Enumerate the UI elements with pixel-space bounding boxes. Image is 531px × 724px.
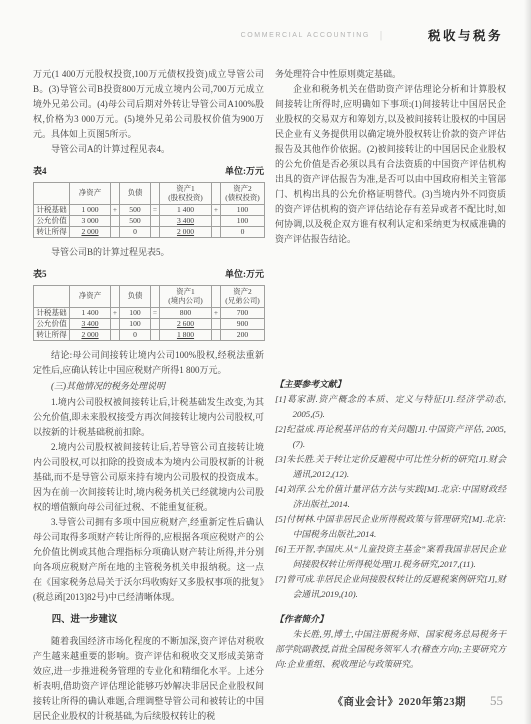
reference-item: [2]纪益成.再论税基评估的有关问题[J].中国资产评估, 2005,(7). bbox=[275, 422, 506, 452]
reference-item: [7]曾可成.非居民企业间接股权转让的反避税案例研究[J],财会通讯,2019,… bbox=[275, 572, 506, 602]
cell-row-label: 计税基础 bbox=[34, 308, 70, 319]
cell-row-label: 转让所得 bbox=[34, 330, 70, 341]
table5-label: 表5 bbox=[33, 267, 47, 282]
cell-header-debt: 负债 bbox=[120, 286, 151, 308]
table5-row-transfer-income: 转让所得 2 000 0 1 800 200 bbox=[34, 330, 265, 341]
paragraph-suggestion: 随着我国经济市场化程度的不断加深,资产评估对税收产生越来越重要的影响。资产评估和… bbox=[33, 634, 264, 724]
cell-operator bbox=[111, 227, 120, 238]
cell-header-debt: 负债 bbox=[120, 183, 151, 205]
table5-header-row: 净资产 负债 资产1(境内公司) 资产2(兄弟公司) bbox=[34, 286, 265, 308]
cell-value: 3 000 bbox=[70, 216, 111, 227]
reference-item: [4]刘萍.公允价值计量评估方法与实践[M].北京:中国财政经济出版社,2014… bbox=[275, 482, 506, 512]
cell-value: 2 000 bbox=[160, 227, 212, 238]
table4-header-row: 净资产 负债 资产1(股权投资) 资产2(债权投资) bbox=[34, 183, 265, 205]
cell-operator bbox=[212, 319, 221, 330]
cell-header-net: 净资产 bbox=[70, 286, 111, 308]
paragraph-item1: 1.境内公司股权被间接转让后,计税基础发生改变,为其公允价值,即未来股权接受方再… bbox=[33, 395, 264, 440]
cell-operator bbox=[212, 330, 221, 341]
paragraph-table5-intro: 导管公司B的计算过程见表5。 bbox=[33, 245, 264, 260]
left-column: 万元(1 400万元股权投资,100万元债权投资)成立导管公司B。(3)导管公司… bbox=[33, 67, 264, 724]
reference-item: [3]朱长胜.关于转让定价反避税中可比性分析的研究[J].财会通讯,2012,(… bbox=[275, 452, 506, 482]
paragraph-conclusion: 结论:母公司间接转让境内公司100%股权,经税法重新定性后,应确认转让中国应税财… bbox=[33, 348, 264, 378]
cell-operator bbox=[151, 330, 160, 341]
cell-value: 800 bbox=[160, 308, 212, 319]
cell-blank bbox=[151, 183, 160, 205]
cell-value: 0 bbox=[120, 227, 151, 238]
asset1-line2: (股权投资) bbox=[161, 194, 210, 203]
page-footer: 《商业会计》2020年第23期 55 bbox=[333, 693, 504, 709]
cell-header-asset2: 资产2(债权投资) bbox=[221, 183, 265, 205]
cell-operator bbox=[212, 216, 221, 227]
table4-row-tax-basis: 计税基础 1 000 + 500 = 1 400 + 100 bbox=[34, 205, 265, 216]
table4-unit: 单位:万元 bbox=[225, 164, 264, 179]
cell-operator bbox=[111, 216, 120, 227]
paragraph-item2: 2.境内公司股权被间接转让后,若导管公司直接转让境内公司股权,可以扣除的投资成本… bbox=[33, 440, 264, 515]
asset2-line2: (兄弟公司) bbox=[222, 297, 263, 306]
cell-value: 100 bbox=[120, 319, 151, 330]
paragraph-continuation: 务处理符合中性原则奠定基础。 bbox=[275, 67, 506, 82]
journal-page: COMMERCIAL ACCOUNTING | 税收与税务 万元(1 400万元… bbox=[0, 0, 531, 724]
cell-value: 100 bbox=[221, 216, 265, 227]
paragraph-item3: 3.导管公司拥有多项中国应税财产,经重新定性后确认母公司取得多项财产转让所得的,… bbox=[33, 515, 264, 605]
cell-value: 100 bbox=[120, 308, 151, 319]
author-bio-text: 朱长胜,男,博士,中国注册税务师、国家税务总局税务干部学院副教授,首批全国税务领… bbox=[275, 627, 506, 672]
cell-value: 3 400 bbox=[160, 216, 212, 227]
cell-blank bbox=[212, 183, 221, 205]
section-heading-four: 四、进一步建议 bbox=[33, 613, 264, 628]
table5-row-fair-value: 公允价值 3 400 100 2 600 900 bbox=[34, 319, 265, 330]
cell-operator: + bbox=[111, 308, 120, 319]
cell-value: 900 bbox=[221, 319, 265, 330]
table4-caption: 表4 单位:万元 bbox=[33, 164, 264, 179]
table4: 净资产 负债 资产1(股权投资) 资产2(债权投资) 计税基础 1 000 + … bbox=[33, 182, 265, 238]
paragraph-clarifications: 企业和税务机关在借助资产评估理论分析和计算股权间接转让所得时,应明确如下事项:(… bbox=[275, 82, 506, 247]
cell-row-label: 计税基础 bbox=[34, 205, 70, 216]
section-title: 税收与税务 bbox=[428, 26, 503, 44]
reference-item: [5]付树林.中国非居民企业所得税政策与管理研究[M].北京:中国税务出版社,2… bbox=[275, 512, 506, 542]
cell-header-net: 净资产 bbox=[70, 183, 111, 205]
cell-value: 1 000 bbox=[70, 205, 111, 216]
cell-operator: = bbox=[151, 205, 160, 216]
cell-operator bbox=[151, 227, 160, 238]
asset2-line2: (债权投资) bbox=[222, 194, 263, 203]
table5: 净资产 负债 资产1(境内公司) 资产2(兄弟公司) 计税基础 1 400 + … bbox=[33, 285, 265, 341]
cell-header-asset1: 资产1(股权投资) bbox=[160, 183, 212, 205]
cell-row-label: 公允价值 bbox=[34, 216, 70, 227]
cell-operator bbox=[111, 319, 120, 330]
cell-operator: + bbox=[212, 205, 221, 216]
cell-blank bbox=[151, 286, 160, 308]
cell-value: 2 600 bbox=[160, 319, 212, 330]
header-divider: | bbox=[380, 30, 382, 41]
page-number: 55 bbox=[490, 693, 503, 709]
cell-blank bbox=[34, 286, 70, 308]
table5-row-tax-basis: 计税基础 1 400 + 100 = 800 + 700 bbox=[34, 308, 265, 319]
cell-value: 0 bbox=[221, 227, 265, 238]
author-bio-section: 【作者简介】 朱长胜,男,博士,中国注册税务师、国家税务总局税务干部学院副教授,… bbox=[275, 612, 506, 672]
table5-unit: 单位:万元 bbox=[225, 267, 264, 282]
table4-row-transfer-income: 转让所得 2 000 0 2 000 0 bbox=[34, 227, 265, 238]
cell-operator: + bbox=[212, 308, 221, 319]
cell-blank bbox=[34, 183, 70, 205]
cell-value: 200 bbox=[221, 330, 265, 341]
cell-value: 500 bbox=[120, 205, 151, 216]
cell-value: 2 000 bbox=[70, 330, 111, 341]
cell-operator bbox=[111, 330, 120, 341]
cell-value: 700 bbox=[221, 308, 265, 319]
cell-blank bbox=[111, 286, 120, 308]
cell-value: 1 400 bbox=[160, 205, 212, 216]
cell-row-label: 转让所得 bbox=[34, 227, 70, 238]
cell-header-asset1: 资产1(境内公司) bbox=[160, 286, 212, 308]
cell-blank bbox=[111, 183, 120, 205]
cell-blank bbox=[212, 286, 221, 308]
reference-item: [6]王开智,李国庆.从“儿童投资主基金”案看我国非居民企业间接股权转让所得税处… bbox=[275, 542, 506, 572]
cell-value: 1 800 bbox=[160, 330, 212, 341]
cell-value: 500 bbox=[120, 216, 151, 227]
journal-name-english: COMMERCIAL ACCOUNTING bbox=[241, 32, 370, 39]
two-column-body: 万元(1 400万元股权投资,100万元债权投资)成立导管公司B。(3)导管公司… bbox=[0, 67, 531, 724]
cell-value: 1 400 bbox=[70, 308, 111, 319]
right-column: 务处理符合中性原则奠定基础。 企业和税务机关在借助资产评估理论分析和计算股权间接… bbox=[275, 67, 506, 724]
cell-value: 100 bbox=[221, 205, 265, 216]
subsection-heading-three: (三)其他情况的税务处理说明 bbox=[33, 379, 264, 394]
cell-operator bbox=[151, 216, 160, 227]
paragraph-continuation: 万元(1 400万元股权投资,100万元债权投资)成立导管公司B。(3)导管公司… bbox=[33, 67, 264, 142]
journal-issue: 《商业会计》2020年第23期 bbox=[333, 694, 467, 709]
cell-value: 2 000 bbox=[70, 227, 111, 238]
cell-operator bbox=[212, 227, 221, 238]
cell-operator: + bbox=[111, 205, 120, 216]
table4-row-fair-value: 公允价值 3 000 500 3 400 100 bbox=[34, 216, 265, 227]
cell-value: 3 400 bbox=[70, 319, 111, 330]
cell-value: 0 bbox=[120, 330, 151, 341]
references-section: 【主要参考文献】 [1]葛家澍.资产概念的本质、定义与特征[J].经济学动态, … bbox=[275, 377, 506, 602]
reference-item: [1]葛家澍.资产概念的本质、定义与特征[J].经济学动态, 2005,(5). bbox=[275, 392, 506, 422]
references-title: 【主要参考文献】 bbox=[275, 377, 506, 392]
cell-header-asset2: 资产2(兄弟公司) bbox=[221, 286, 265, 308]
cell-row-label: 公允价值 bbox=[34, 319, 70, 330]
author-bio-title: 【作者简介】 bbox=[275, 612, 506, 627]
cell-operator: = bbox=[151, 308, 160, 319]
table5-caption: 表5 单位:万元 bbox=[33, 267, 264, 282]
page-header: COMMERCIAL ACCOUNTING | 税收与税务 bbox=[0, 0, 531, 44]
cell-operator bbox=[151, 319, 160, 330]
table4-label: 表4 bbox=[33, 164, 47, 179]
asset1-line2: (境内公司) bbox=[161, 297, 210, 306]
paragraph-table4-intro: 导管公司A的计算过程见表4。 bbox=[33, 142, 264, 157]
